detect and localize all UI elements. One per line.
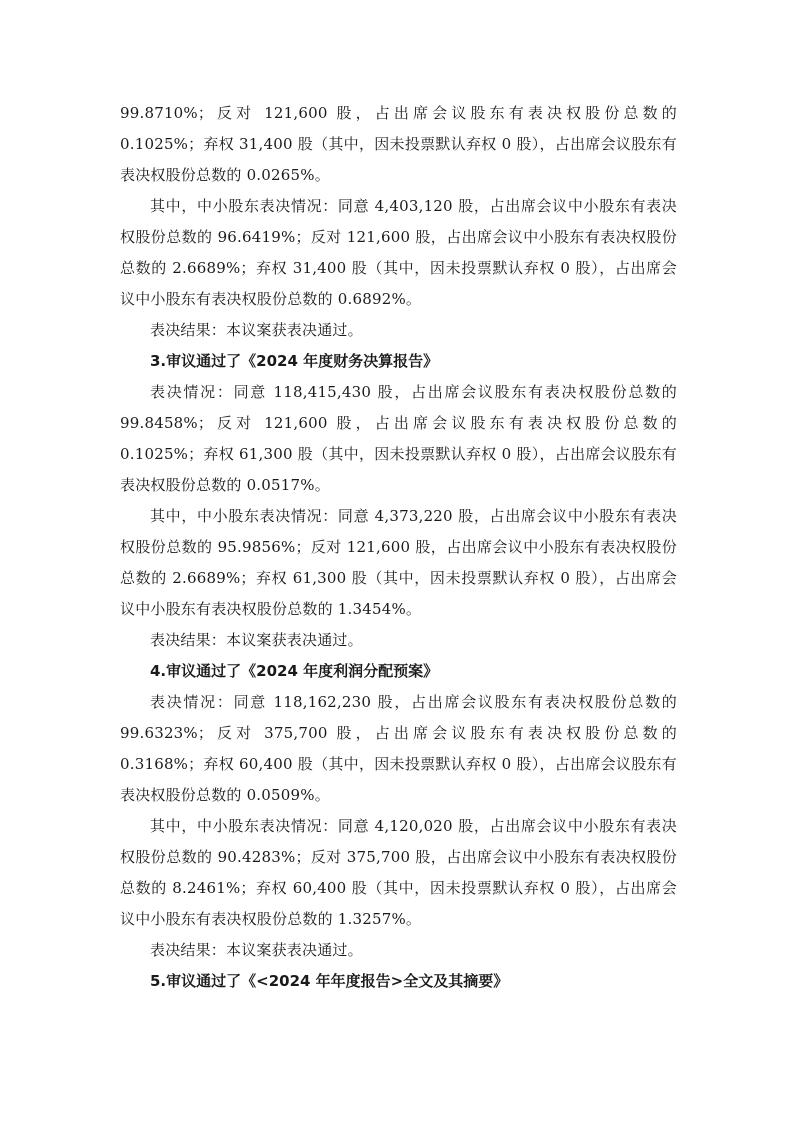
- minority-vote-paragraph: 其中，中小股东表决情况：同意 4,120,020 股，占出席会议中小股东有表决权…: [120, 811, 677, 935]
- vote-detail-paragraph: 表决情况：同意 118,162,230 股，占出席会议股东有表决权股份总数的 9…: [120, 687, 677, 811]
- vote-detail-paragraph: 表决情况：同意 118,415,430 股，占出席会议股东有表决权股份总数的 9…: [120, 377, 677, 501]
- section-heading-3: 3.审议通过了《2024 年度财务决算报告》: [120, 346, 677, 377]
- vote-result-paragraph: 表决结果：本议案获表决通过。: [120, 625, 677, 656]
- section-heading-5: 5.审议通过了《<2024 年年度报告>全文及其摘要》: [120, 966, 677, 997]
- document-page: 99.8710%；反对 121,600 股，占出席会议股东有表决权股份总数的 0…: [120, 98, 677, 997]
- section-heading-4: 4.审议通过了《2024 年度利润分配预案》: [120, 656, 677, 687]
- vote-detail-paragraph-continued: 99.8710%；反对 121,600 股，占出席会议股东有表决权股份总数的 0…: [120, 98, 677, 191]
- vote-result-paragraph: 表决结果：本议案获表决通过。: [120, 315, 677, 346]
- minority-vote-paragraph: 其中，中小股东表决情况：同意 4,403,120 股，占出席会议中小股东有表决权…: [120, 191, 677, 315]
- minority-vote-paragraph: 其中，中小股东表决情况：同意 4,373,220 股，占出席会议中小股东有表决权…: [120, 501, 677, 625]
- vote-result-paragraph: 表决结果：本议案获表决通过。: [120, 935, 677, 966]
